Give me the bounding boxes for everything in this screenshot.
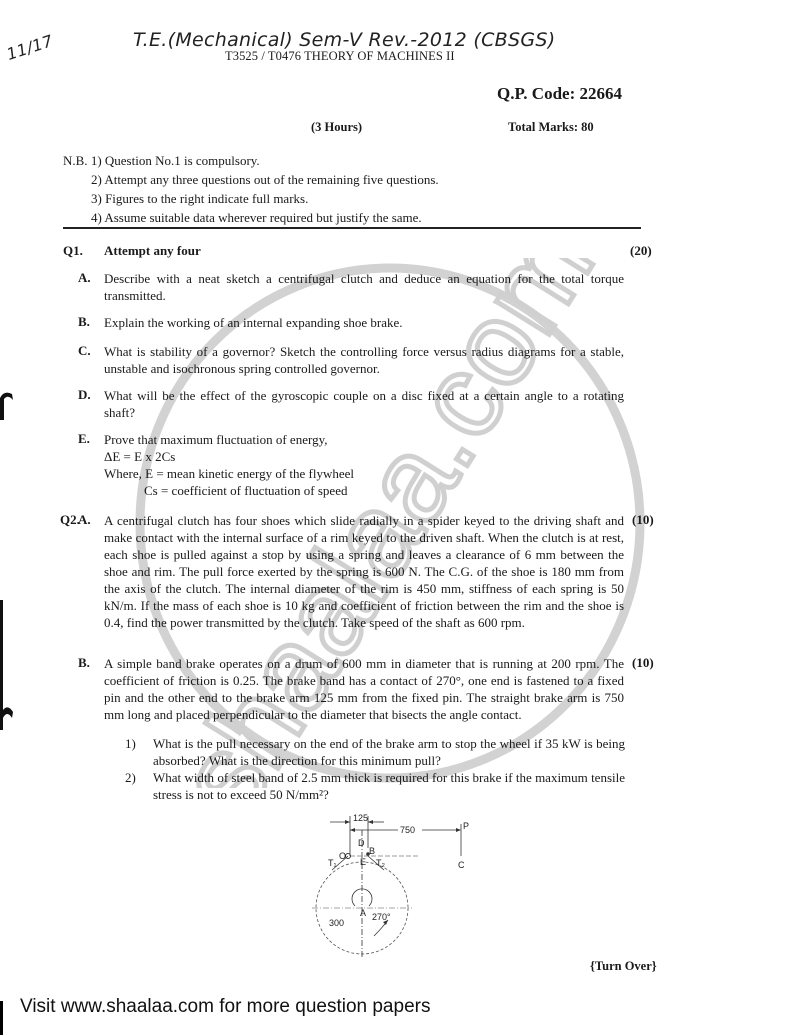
label-o: O	[339, 851, 346, 861]
total-marks: Total Marks: 80	[508, 120, 594, 135]
q2-part-label: B.	[78, 655, 90, 671]
q2-part-b-marks: (10)	[632, 655, 654, 671]
q1-part-label: E.	[78, 431, 90, 447]
instructions-prefix: N.B.	[63, 153, 88, 168]
equation-definition: Where, E = mean kinetic energy of the fl…	[104, 465, 354, 482]
divider	[63, 227, 641, 229]
equation-definition: Cs = coefficient of fluctuation of speed	[104, 482, 354, 499]
q1-title: Attempt any four	[104, 243, 201, 259]
binding-mark	[0, 390, 14, 420]
q1-part-d: What will be the effect of the gyroscopi…	[104, 387, 624, 421]
binding-mark	[0, 600, 14, 730]
q1-part-b: Explain the working of an internal expan…	[104, 314, 624, 331]
q1-part-label: A.	[78, 270, 91, 286]
angle-270: 270°	[372, 912, 391, 922]
subpart-text: What width of steel band of 2.5 mm thick…	[153, 770, 625, 802]
label-t2: T₂	[376, 858, 385, 868]
q1-number: Q1.	[63, 243, 83, 259]
subpart-number: 2)	[125, 769, 136, 786]
q2-part-a-marks: (10)	[632, 512, 654, 528]
label-e: E	[360, 857, 366, 867]
q1-part-label: C.	[78, 343, 91, 359]
q2-b-subparts: 1) What is the pull necessary on the end…	[125, 735, 625, 803]
q1-part-label: B.	[78, 314, 90, 330]
instruction-item: 3) Figures to the right indicate full ma…	[63, 189, 439, 208]
q2-part-a: A centrifugal clutch has four shoes whic…	[104, 512, 624, 631]
dim-125: 125	[353, 813, 368, 823]
page-date-note: 11/17	[4, 31, 55, 64]
turn-over-note: {Turn Over}	[590, 959, 657, 974]
dim-750: 750	[400, 825, 415, 835]
label-d: D	[358, 838, 365, 848]
q1-part-e-text: Prove that maximum fluctuation of energy…	[104, 431, 354, 448]
instruction-item: 4) Assume suitable data wherever require…	[63, 208, 439, 227]
dim-300: 300	[329, 918, 344, 928]
instruction-text: 1) Question No.1 is compulsory.	[91, 153, 260, 168]
q2-part-label: A.	[78, 512, 91, 528]
subpart-item: 1) What is the pull necessary on the end…	[125, 735, 625, 769]
subpart-item: 2) What width of steel band of 2.5 mm th…	[125, 769, 625, 803]
label-b: B	[369, 846, 375, 856]
q2-number: Q2.	[60, 512, 80, 528]
q1-part-c: What is stability of a governor? Sketch …	[104, 343, 624, 377]
q1-marks: (20)	[630, 243, 652, 259]
q1-part-a: Describe with a neat sketch a centrifuga…	[104, 270, 624, 304]
footer-edge-mark	[0, 1001, 3, 1035]
q1-part-e: Prove that maximum fluctuation of energy…	[104, 431, 354, 499]
qp-code: Q.P. Code: 22664	[497, 84, 622, 104]
q1-part-label: D.	[78, 387, 91, 403]
equation: ΔE = E x 2Cs	[104, 448, 354, 465]
subpart-number: 1)	[125, 735, 136, 752]
paper-title: T3525 / T0476 THEORY OF MACHINES II	[225, 49, 455, 64]
q2-part-b: A simple band brake operates on a drum o…	[104, 655, 624, 723]
exam-duration: (3 Hours)	[311, 120, 362, 135]
course-line: T.E.(Mechanical) Sem-V Rev.-2012 (CBSGS)	[133, 29, 555, 51]
label-t1: T₁	[328, 858, 337, 868]
footer-promo-text[interactable]: Visit www.shaalaa.com for more question …	[20, 996, 430, 1018]
instruction-item: 2) Attempt any three questions out of th…	[63, 170, 439, 189]
label-c: C	[458, 860, 465, 870]
subpart-text: What is the pull necessary on the end of…	[153, 736, 625, 768]
instruction-item: N.B. 1) Question No.1 is compulsory.	[63, 151, 439, 170]
label-a: A	[360, 908, 366, 918]
band-brake-diagram: 125 750 P C D O B E T₁ T₂ A 300 270°	[300, 808, 490, 958]
instructions: N.B. 1) Question No.1 is compulsory. 2) …	[63, 151, 439, 227]
label-p: P	[463, 821, 469, 831]
